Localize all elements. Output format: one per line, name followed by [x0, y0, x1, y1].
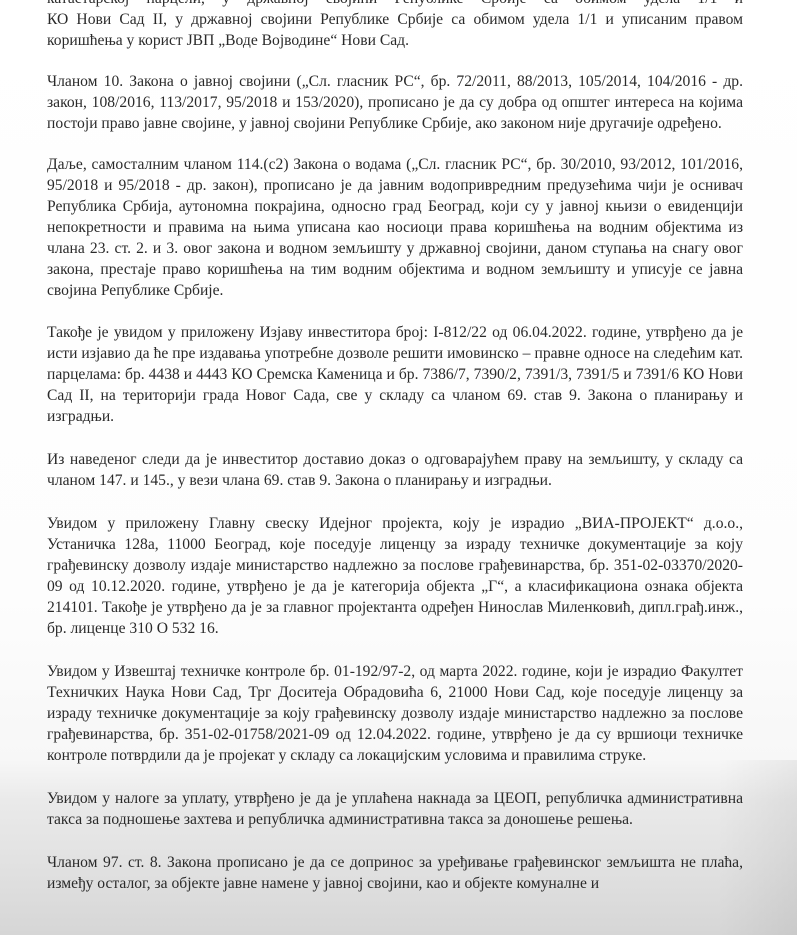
- paragraph-text: КО Нови Сад II, у државној својини Репуб…: [47, 11, 743, 49]
- paragraph-water-law: Даље, самосталним чланом 114.(с2) Закона…: [47, 154, 743, 301]
- paragraph-ownership-record: катастарској парцели, у државној својини…: [47, 0, 743, 51]
- paragraph-land-rights-conclusion: Из наведеног следи да је инвеститор дост…: [47, 449, 743, 491]
- paragraph-public-property-law: Чланом 10. Закона о јавној својини („Сл.…: [47, 71, 743, 134]
- paragraph-payment-orders: Увидом у налоге за уплату, утврђено је д…: [47, 788, 743, 830]
- paragraph-investor-statement: Такође је увидом у приложену Изјаву инве…: [47, 322, 743, 427]
- partial-top-line: катастарској парцели, у државној својини…: [47, 0, 743, 9]
- document-page: катастарској парцели, у државној својини…: [0, 0, 797, 935]
- paragraph-technical-control-report: Увидом у Извештај техничке контроле бр. …: [47, 661, 743, 766]
- paragraph-contribution-exemption: Чланом 97. ст. 8. Закона прописано је да…: [47, 852, 743, 894]
- document-body: катастарској парцели, у државној својини…: [47, 0, 743, 915]
- paragraph-main-project-volume: Увидом у приложену Главну свеску Идејног…: [47, 513, 743, 639]
